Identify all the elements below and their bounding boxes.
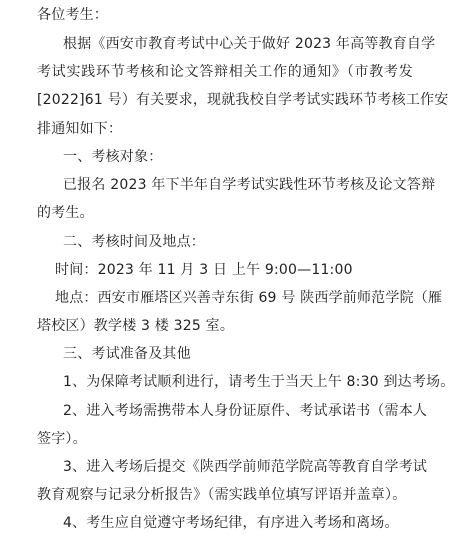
intro-paragraph-line: 考试实践环节考核和论文答辩相关工作的通知》（市教考发 [37, 58, 413, 86]
section-body-line: 已报名 2023 年下半年自学考试实践性环节考核及论文答辩 [63, 171, 413, 199]
list-item: 4、考生应自觉遵守考场纪律，有序进入考场和离场。 [63, 509, 399, 537]
list-item: 2、进入考场需携带本人身份证原件、考试承诺书（需本人 [63, 397, 413, 425]
list-item: 3、进入考场后提交《陕西学前师范学院高等教育自学考试 [63, 453, 413, 481]
section-heading-preparation: 三、考试准备及其他 [63, 340, 191, 368]
intro-paragraph-line: [2022]61 号）有关要求，现就我校自学考试实践环节考核工作安 [37, 86, 413, 114]
intro-paragraph-line: 排通知如下： [37, 115, 122, 143]
intro-paragraph-line: 根据《西安市教育考试中心关于做好 2023 年高等教育自学 [63, 30, 413, 58]
list-item: 1、为保障考试顺利进行，请考生于当天上午 8:30 到达考场。 [63, 368, 413, 396]
salutation: 各位考生： [37, 1, 108, 29]
section-heading-targets: 一、考核对象： [63, 143, 162, 171]
section-body-line: 的考生。 [37, 199, 94, 227]
exam-place-line: 地点：西安市雁塔区兴善寺东街 69 号 陕西学前师范学院（雁 [55, 284, 413, 312]
section-heading-time-place: 二、考核时间及地点： [63, 228, 205, 256]
list-item-continuation: 签字）。 [37, 425, 87, 453]
exam-place-line: 塔校区）教学楼 3 楼 325 室。 [37, 312, 234, 340]
list-item-continuation: 教育观察与记录分析报告》（需实践单位填写评语并盖章）。 [37, 481, 406, 509]
exam-time: 时间：2023 年 11 月 3 日 上午 9:00—11:00 [55, 256, 353, 284]
